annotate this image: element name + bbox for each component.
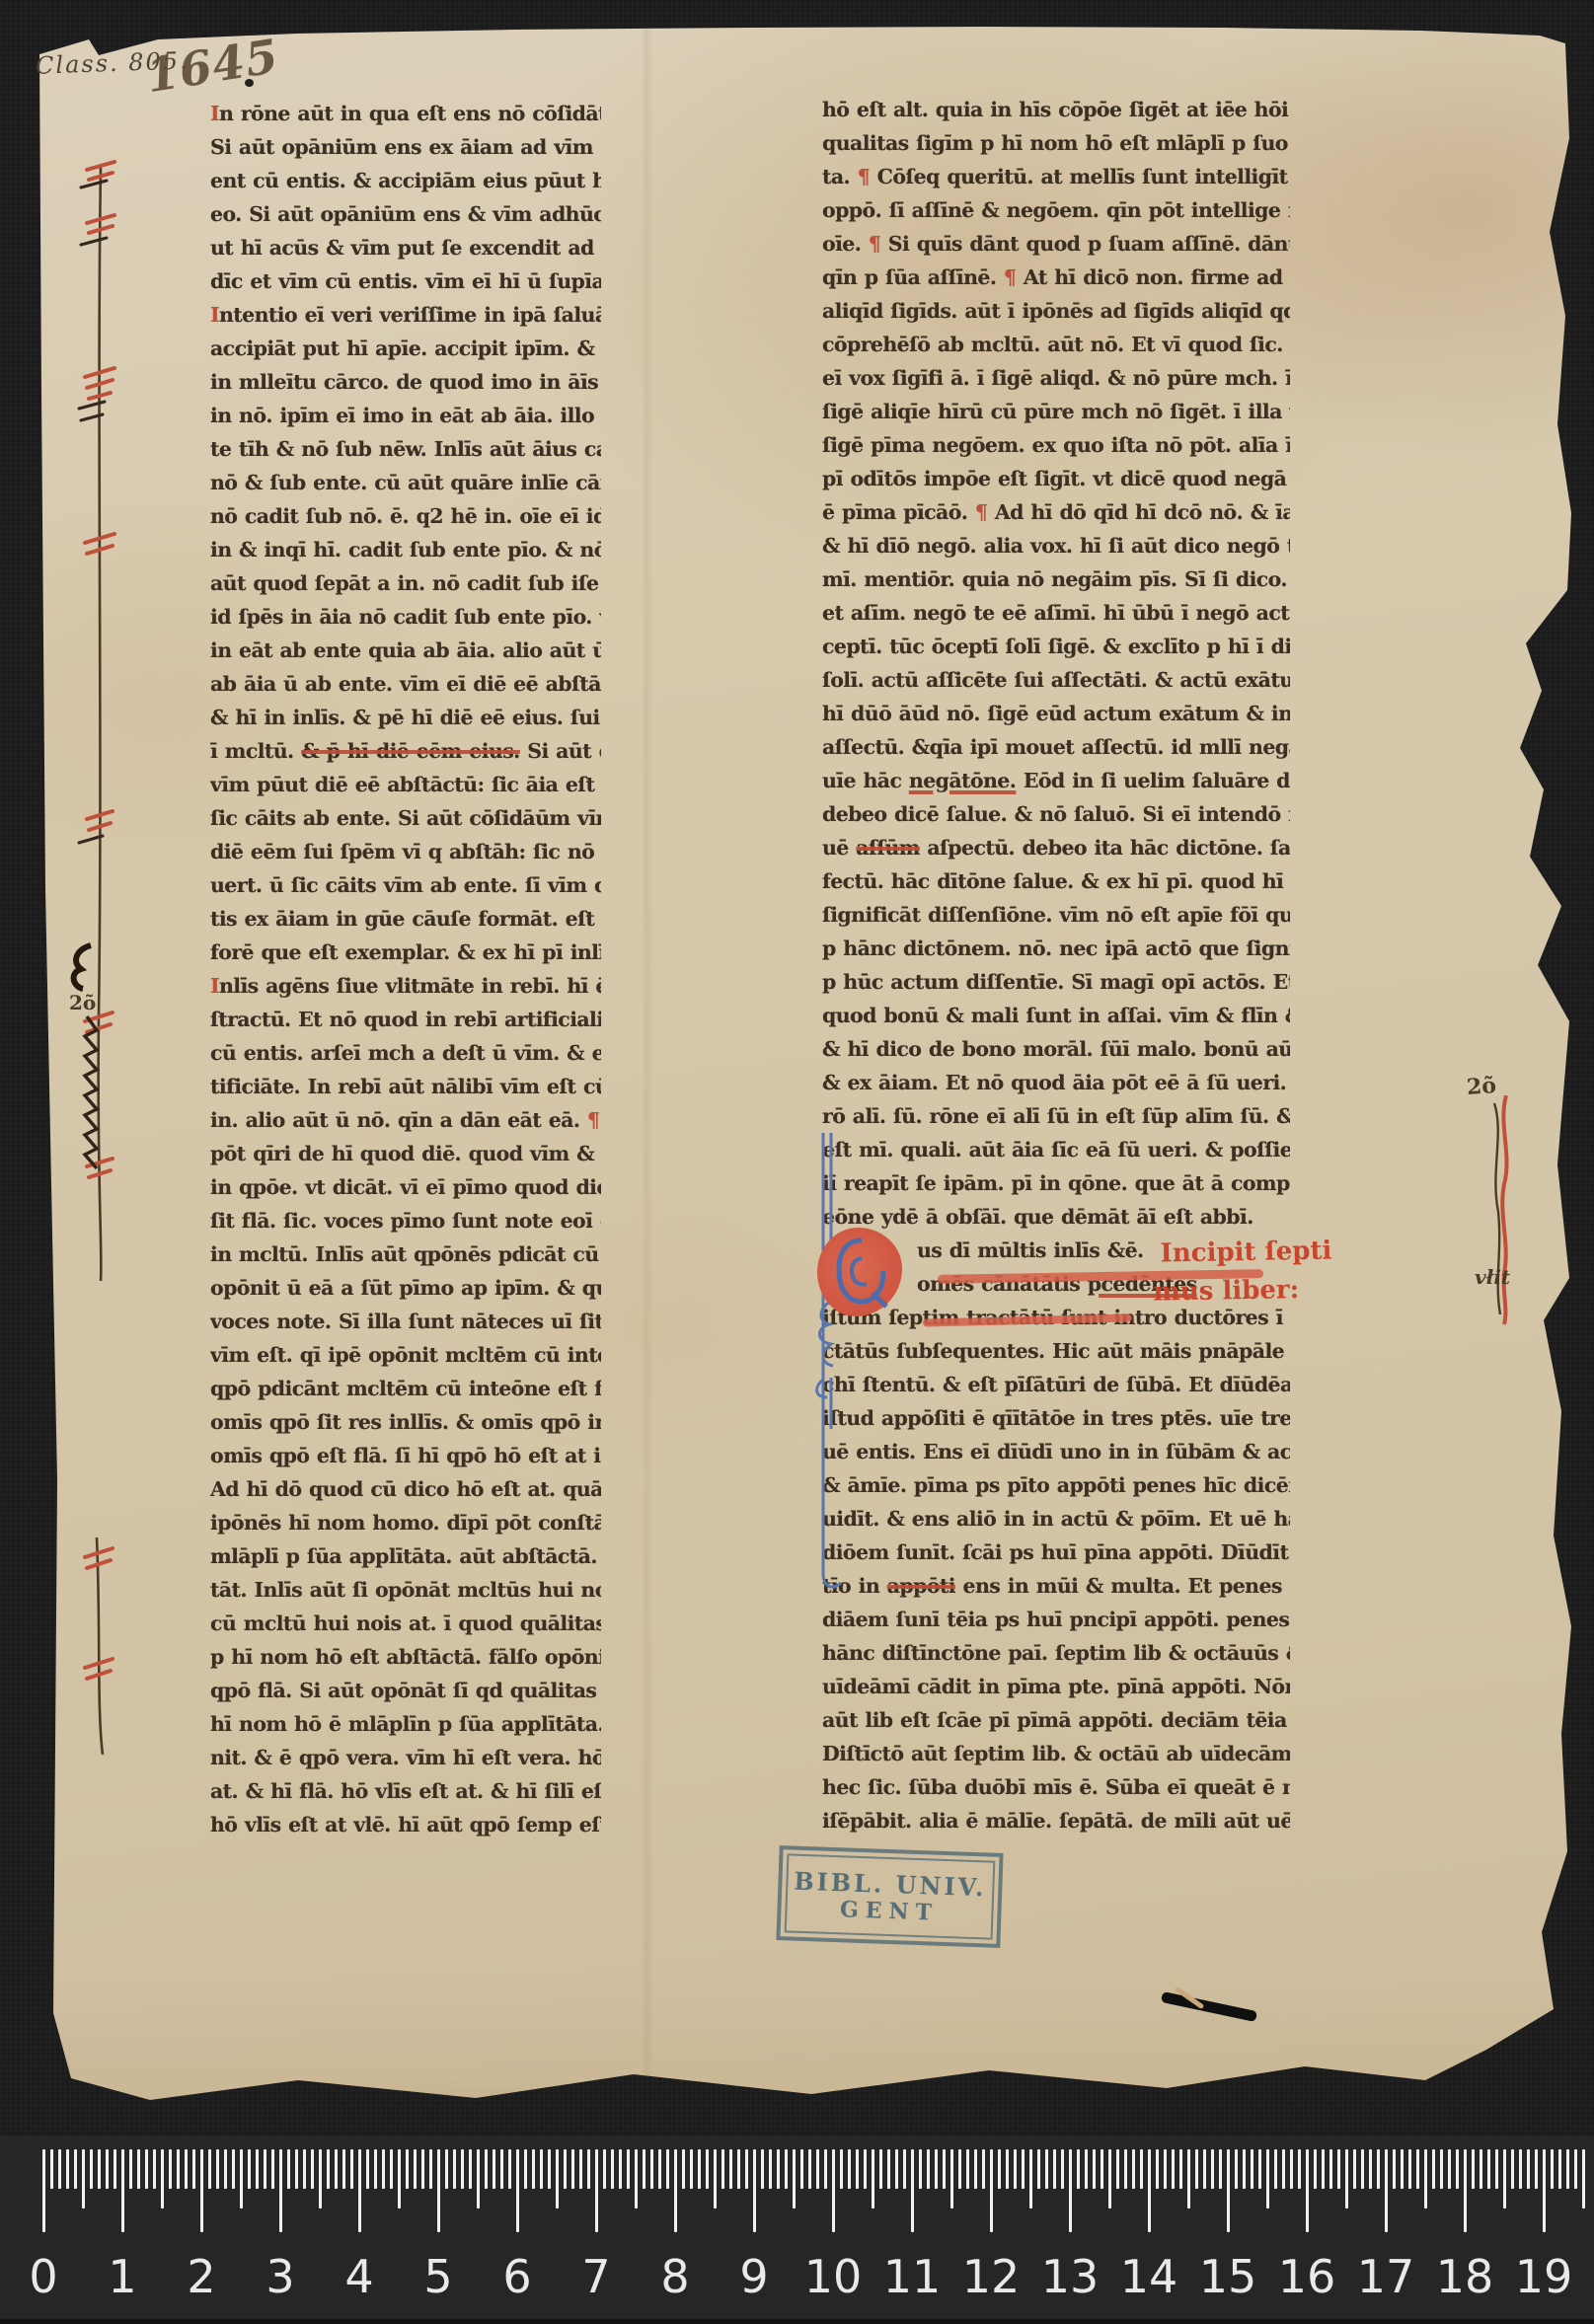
ruler-tick <box>82 2149 85 2209</box>
ruler-number: 3 <box>251 2250 310 2303</box>
ruler-bottom-edge <box>0 2319 1594 2324</box>
ruler-tick <box>1124 2149 1127 2189</box>
manuscript-text: eſt mī. quali. aūt āia ſīc eā ſū ueri. &… <box>822 1138 1290 1162</box>
ruler-tick <box>106 2149 109 2189</box>
manuscript-text: in. alio aūt ū nō. qīn a dān eāt eā. <box>210 1108 587 1132</box>
ruler-number: 19 <box>1514 2250 1573 2303</box>
manuscript-text: uē <box>822 836 856 860</box>
manuscript-line: rō alī. ſū. rōne eī alī ſū in eſt ſūp al… <box>822 1099 1290 1133</box>
ruler-tick <box>753 2149 756 2232</box>
manuscript-line: hī dūō āūd nō. ſigē eūd actum exātum & i… <box>822 697 1290 730</box>
ruler-tick <box>1558 2149 1561 2189</box>
manuscript-text: omīs qpō ſit res inllīs. & omīs qpō inll… <box>210 1410 601 1434</box>
ruler-tick <box>1574 2149 1577 2189</box>
ruler-tick <box>1029 2149 1032 2209</box>
ruler-tick <box>1108 2149 1111 2209</box>
ruler-tick <box>974 2149 977 2189</box>
manuscript-text: uidīt. & ens aliō in in actū & pōīm. Et … <box>822 1507 1290 1531</box>
ruler-tick <box>1266 2149 1269 2209</box>
ruler-tick <box>216 2149 219 2189</box>
ruler-tick <box>516 2149 519 2232</box>
ruler-tick <box>1022 2149 1025 2189</box>
manuscript-line: at. & hī flā. hō vlīs eſt at. & hī ſilī … <box>210 1774 601 1808</box>
ruler-tick <box>1432 2149 1435 2189</box>
ruler-tick <box>137 2149 140 2189</box>
ruler-tick <box>1006 2149 1009 2189</box>
ruler-tick <box>540 2149 543 2189</box>
manuscript-line: iſtud appōſiti ē qīītātōe in tres ptēs. … <box>822 1401 1290 1435</box>
manuscript-line: iſēpābit. alia ē mālīe. ſepātā. de mīli … <box>822 1804 1290 1837</box>
manuscript-text: ē pīma pīcāō. <box>822 500 975 524</box>
ruler-tick <box>666 2149 669 2189</box>
manuscript-text: & hī dico de bono morāl. ſūī malo. bonū … <box>822 1037 1290 1061</box>
ruler-tick <box>579 2149 582 2189</box>
ruler-tick <box>264 2149 266 2189</box>
ruler-tick <box>611 2149 614 2189</box>
manuscript-line: ceptī. tūc ōceptī ſolī ſigē. & exclīto p… <box>822 630 1290 663</box>
library-stamp-inner: BIBL. UNIV. GENT <box>785 1853 996 1939</box>
ruler-tick <box>1195 2149 1198 2189</box>
ruler-tick <box>350 2149 353 2189</box>
manuscript-line: vīm eſt. qī ipē opōnit mcltēm cū inteōne… <box>210 1338 601 1372</box>
manuscript-text: hī dūō āūd nō. ſigē eūd actum exātum & i… <box>822 702 1290 725</box>
manuscript-line: p hānc dictōnem. nō. nec ipā actō que ſi… <box>822 932 1290 965</box>
ruler-tick <box>1258 2149 1261 2189</box>
manuscript-line: uidīt. & ens aliō in in actū & pōīm. Et … <box>822 1502 1290 1536</box>
ruler-tick <box>1298 2149 1301 2189</box>
manuscript-line: ta. ¶ Cōſeq queritū. at mellīs ſunt inte… <box>822 160 1290 193</box>
manuscript-line: vīm pūut diē eē abſtāctū: ſic āia eſt eī… <box>210 768 601 801</box>
ruler-tick <box>1211 2149 1214 2189</box>
manuscript-text: ſtractū. Et nō quod in rebī artificialib… <box>210 1008 601 1031</box>
ruler-tick <box>445 2149 448 2189</box>
manuscript-line: Diſtīctō aūt ſeptim lib. & octāū ab uīde… <box>822 1737 1290 1770</box>
manuscript-text: nō & ſub ente. cū aūt quāre inlīe cāius … <box>210 471 601 494</box>
manuscript-line: ē pīma pīcāō. ¶ Ad hī dō qīd hī dcō nō. … <box>822 495 1290 529</box>
manuscript-text: et aſīm. negō te eē aſīmī. hī ūbū ī negō… <box>822 601 1290 625</box>
ruler-tick <box>1314 2149 1317 2189</box>
manuscript-line: cōprehēſō ab mcltū. aūt nō. Et vī quod ſ… <box>822 328 1290 361</box>
ruler-tick <box>1203 2149 1206 2189</box>
ruler-tick <box>1227 2149 1230 2232</box>
manuscript-text: cū mcltū hui nois at. ī quod quālitas ſi… <box>210 1612 601 1635</box>
manuscript-text: ens in mūi & multa. Et penes hāc <box>955 1574 1290 1598</box>
ruler-tick <box>1085 2149 1088 2189</box>
manuscript-line: diōem ſunīt. ſcāi ps huī pīna appōti. Dī… <box>822 1536 1290 1569</box>
ruler-tick <box>287 2149 290 2189</box>
ruler-tick <box>271 2149 274 2189</box>
manuscript-line: hō eſt alt. quia in hīs cōpōe ſigēt at i… <box>822 93 1290 126</box>
manuscript-red-text: ¶ <box>975 500 995 524</box>
manuscript-text: ent cū entis. & accipiām eius pūut hīc l… <box>210 169 601 192</box>
ruler-tick <box>1140 2149 1143 2189</box>
ruler-tick <box>1448 2149 1451 2189</box>
ruler-tick <box>895 2149 898 2189</box>
manuscript-red-text: ¶ <box>869 232 888 256</box>
manuscript-text: n rōne aūt in qua eſt ens nō cōſidāt ū e… <box>219 102 601 125</box>
manuscript-text: eī vox ſigīfi ā. ī ſigē aliqd. & nō pūre… <box>822 366 1290 390</box>
ruler-tick <box>1551 2149 1554 2189</box>
ruler-tick <box>1393 2149 1396 2189</box>
text-column-left: In rōne aūt in qua eſt ens nō cōſidāt ū … <box>210 97 601 1841</box>
ruler-tick <box>311 2149 314 2189</box>
ruler-tick <box>1543 2149 1546 2232</box>
ruler-tick <box>1377 2149 1380 2189</box>
ruler-tick <box>903 2149 906 2189</box>
ruler-tick <box>982 2149 985 2189</box>
ruler-tick <box>390 2149 393 2189</box>
manuscript-line: in qpōe. vt dicāt. vī eī pīmo quod dicāt… <box>210 1170 601 1204</box>
ruler-number: 9 <box>724 2250 784 2303</box>
ruler-tick <box>1101 2149 1103 2189</box>
ruler-tick <box>382 2149 385 2189</box>
ruler-tick <box>1172 2149 1175 2189</box>
ruler-tick <box>485 2149 488 2189</box>
manuscript-line: cū mcltū hui nois at. ī quod quālitas ſi… <box>210 1607 601 1640</box>
manuscript-red-text: ¶ <box>858 165 877 188</box>
manuscript-line: aūt quod ſepāt a in. nō cadit ſub iſe en… <box>210 566 601 600</box>
ruler-tick <box>477 2149 480 2209</box>
manuscript-text: voces note. Sī illa ſunt nāteces uī ſitā… <box>210 1310 601 1333</box>
manuscript-red-text: I <box>210 102 219 125</box>
ruler-number: 2 <box>172 2250 231 2303</box>
margin-flourish-left-icon <box>57 128 156 1786</box>
ruler-tick <box>1385 2149 1388 2232</box>
manuscript-text: Ad hī dō qīd hī dcō nō. & īa nay <box>995 500 1290 524</box>
manuscript-text: in & inqī hī. cadit ſub ente pīo. & nō ſ… <box>210 538 601 562</box>
manuscript-text: ipōnēs hī nom homo. dīpī pōt conſtāri. ā… <box>210 1511 601 1535</box>
manuscript-text: debeo dicē ſalue. & nō ſaluō. Si eī inte… <box>822 802 1290 826</box>
manuscript-text: iſtud appōſiti ē qīītātōe in tres ptēs. … <box>822 1406 1290 1430</box>
manuscript-text: in mcltū. Inlīs aūt qpōnēs pdicāt cū ſib… <box>210 1242 601 1266</box>
manuscript-line: pōt qīri de hī quod diē. quod vīm & ſīm … <box>210 1137 601 1170</box>
manuscript-text: ut hī acūs & vīm put ſe excendit ad oīe … <box>210 236 601 260</box>
manuscript-text: diōem ſunīt. ſcāi ps huī pīna appōti. Dī… <box>822 1540 1290 1564</box>
manuscript-line: voces note. Sī illa ſunt nāteces uī ſitā… <box>210 1305 601 1338</box>
ruler-tick <box>966 2149 969 2189</box>
manuscript-line: qualitas ſigīm p hī nom hō eſt mlāplī p … <box>822 126 1290 160</box>
ruler-tick <box>1361 2149 1364 2189</box>
manuscript-line: oīe. ¶ Si quīs dānt quod p ſuam aſſīnē. … <box>822 227 1290 261</box>
manuscript-line: iī reapīt ſe ipām. pī in qōne. que āt ā … <box>822 1166 1290 1200</box>
manuscript-line: ent cū entis. & accipiām eius pūut hīc l… <box>210 164 601 197</box>
manuscript-line: dīc et vīm cū entis. vīm eī hī ū ſupīa d… <box>210 264 601 298</box>
manuscript-line: qpō flā. Si aūt opōnāt ſī qd quālitas ſi… <box>210 1674 601 1707</box>
manuscript-text: ſic cāits ab ente. Si aūt cōſidāūm vīm p… <box>210 806 601 830</box>
ruler-tick <box>943 2149 946 2189</box>
manuscript-line: hō vlīs eſt at vlē. hī aūt qpō ſemp eſt … <box>210 1808 601 1841</box>
ruler-tick <box>358 2149 361 2232</box>
ruler-tick <box>121 2149 124 2232</box>
ruler-tick <box>1116 2149 1119 2189</box>
manuscript-line: omīs qpō eſt flā. ſī hī qpō hō eſt at iſ… <box>210 1439 601 1472</box>
ruler-tick <box>564 2149 567 2189</box>
ruler-number: 15 <box>1198 2250 1257 2303</box>
ruler-tick <box>1132 2149 1135 2189</box>
rubric-line-2: mus liber: <box>1153 1270 1332 1312</box>
manuscript-text: nlīs agēns ſiue vlitmāte in rebī. hī ē e… <box>219 974 601 998</box>
ruler-number: 17 <box>1356 2250 1415 2303</box>
ruler-tick <box>571 2149 574 2189</box>
ruler-tick <box>674 2149 677 2232</box>
manuscript-line: Ad hī dō quod cū dico hō eſt at. quālita… <box>210 1472 601 1506</box>
manuscript-text: ceptī. tūc ōceptī ſolī ſigē. & exclīto p… <box>822 635 1290 658</box>
ruler-tick <box>856 2149 859 2189</box>
ruler-tick <box>1290 2149 1293 2189</box>
ruler-tick <box>879 2149 882 2189</box>
ruler-tick <box>658 2149 661 2189</box>
ruler-tick <box>185 2149 188 2189</box>
ruler-tick <box>785 2149 788 2189</box>
manuscript-line: cū entis. arſeī mch a deſt ū vīm. & eſt … <box>210 1036 601 1070</box>
ruler-tick <box>1456 2149 1459 2189</box>
ruler-tick <box>556 2149 559 2209</box>
manuscript-line: tis ex āiam in gūe cāuſe formāt. eſt eī … <box>210 902 601 936</box>
ruler-tick <box>1582 2149 1585 2209</box>
ruler-tick <box>1077 2149 1080 2189</box>
manuscript-line: pī odītōs impōe eſt ſigīt. vt dicē quod … <box>822 462 1290 495</box>
manuscript-line: eī vox ſigīfi ā. ī ſigē aliqd. & nō pūre… <box>822 361 1290 395</box>
manuscript-text: & hī in inlīs. & pē hī diē eē eius. ſui … <box>210 706 601 729</box>
ruler-tick <box>1566 2149 1569 2189</box>
manuscript-line: ab āia ū ab ente. vīm eī diē eē abſtāctō… <box>210 667 601 701</box>
manuscript-line: mī. mentiōr. quia nō negāim pīs. Sī ſi d… <box>822 562 1290 596</box>
ruler-tick <box>240 2149 243 2209</box>
ruler-tick <box>1495 2149 1498 2189</box>
ruler-tick <box>1519 2149 1522 2189</box>
ruler-tick <box>1093 2149 1096 2189</box>
manuscript-line: id ſpēs in āia nō cadit ſub ente pīo. vī… <box>210 600 601 634</box>
ruler-tick <box>1511 2149 1514 2189</box>
ruler-tick <box>453 2149 456 2189</box>
ruler-tick <box>1179 2149 1182 2189</box>
manuscript-text: Diſtīctō aūt ſeptim lib. & octāū ab uīde… <box>822 1742 1290 1765</box>
ruler-tick <box>824 2149 827 2189</box>
initial-q-penwork-icon <box>817 1228 902 1316</box>
manuscript-text: uert. ū ſic cāits vīm ab ente. ſī vīm cū… <box>210 873 601 897</box>
manuscript-line: ctātūs ſubſequentes. Hic aūt māis pnāpāl… <box>822 1334 1290 1368</box>
ruler-tick <box>1337 2149 1340 2189</box>
ruler-tick <box>1037 2149 1040 2189</box>
ruler-tick <box>1369 2149 1372 2189</box>
ruler-tick <box>335 2149 338 2189</box>
ruler-tick <box>1282 2149 1285 2189</box>
ruler-tick <box>990 2149 993 2232</box>
manuscript-line: in nō. ipīm eī imo in eāt ab āia. illo i… <box>210 399 601 432</box>
ruler-tick <box>469 2149 472 2189</box>
ruler-tick <box>129 2149 132 2189</box>
ruler-tick <box>1472 2149 1475 2189</box>
manuscript-text: Cōſeq queritū. at mellīs ſunt intelligīt… <box>877 165 1290 188</box>
manuscript-line: ut hī acūs & vīm put ſe excendit ad oīe … <box>210 231 601 264</box>
manuscript-line: Si aūt opāniūm ens ex āiam ad vīm in ipā… <box>210 130 601 164</box>
manuscript-line: debeo dicē ſalue. & nō ſaluō. Si eī inte… <box>822 797 1290 831</box>
ruler-tick <box>1014 2149 1017 2189</box>
ruler-tick <box>603 2149 606 2189</box>
ruler-tick <box>1345 2149 1348 2209</box>
text-column-right: hō eſt alt. quia in hīs cōpōe ſigēt at i… <box>822 93 1290 1837</box>
ruler-tick <box>927 2149 930 2189</box>
ruler-number: 14 <box>1119 2250 1178 2303</box>
ruler-tick <box>721 2149 724 2189</box>
manuscript-text: & hī dīō negō. alia vox. hī ſi aūt dico … <box>822 534 1290 558</box>
ruler-number: 6 <box>488 2250 547 2303</box>
manuscript-line: ī mcltū. & p̄ hī diē eēm eius. Si aūt cō… <box>210 734 601 768</box>
ruler-tick <box>461 2149 464 2189</box>
manuscript-line: nō cadit ſub nō. ē. q2 hē in. oīe eī id … <box>210 499 601 533</box>
ruler-tick <box>342 2149 345 2189</box>
manuscript-line: ipōnēs hī nom homo. dīpī pōt conſtāri. ā… <box>210 1506 601 1539</box>
manuscript-red-text: appōti <box>887 1574 955 1598</box>
ruler-tick <box>832 2149 835 2232</box>
manuscript-text: ſignificāt diſſenſiōne. vīm nō eſt apīe … <box>822 903 1290 927</box>
manuscript-line: ſtractū. Et nō quod in rebī artificialib… <box>210 1003 601 1036</box>
ruler-tick <box>1164 2149 1167 2189</box>
ruler-tick <box>998 2149 1001 2189</box>
ruler-tick <box>1053 2149 1056 2189</box>
ruler-tick <box>745 2149 748 2189</box>
ruler-tick <box>153 2149 156 2189</box>
manuscript-text: rō alī. ſū. rōne eī alī ſū in eſt ſūp al… <box>822 1104 1290 1128</box>
ruler-tick <box>50 2149 53 2189</box>
manuscript-text: fectū. hāc dītōne ſalue. & ex hī pī. quo… <box>822 869 1290 893</box>
manuscript-text: ſigē pīma negōem. ex quo iſta nō pōt. al… <box>822 433 1290 457</box>
manuscript-line: qpō pdicānt mcltēm cū inteōne eſt flā. ſ… <box>210 1372 601 1405</box>
ruler-number: 10 <box>803 2250 863 2303</box>
manuscript-line: eo. Si aūt opāniūm ens & vīm adhūc. & ſū… <box>210 197 601 231</box>
manuscript-line: in. alio aūt ū nō. qīn a dān eāt eā. ¶ C… <box>210 1103 601 1137</box>
manuscript-line: et aſīm. negō te eē aſīmī. hī ūbū ī negō… <box>822 596 1290 630</box>
ruler-tick <box>911 2149 914 2232</box>
manuscript-line: tīo in appōti ens in mūi & multa. Et pen… <box>822 1569 1290 1603</box>
manuscript-red-text: I <box>210 974 219 998</box>
manuscript-text: pī odītōs impōe eſt ſigīt. vt dicē quod … <box>822 467 1286 490</box>
manuscript-line: aūt lib eſt ſcāe pī pīmā appōti. deciām … <box>822 1703 1290 1737</box>
ruler-tick <box>161 2149 164 2209</box>
manuscript-line: opōnit ū eā a ſūt pīmo ap ipīm. & quoī ſ… <box>210 1271 601 1305</box>
ruler-tick <box>398 2149 401 2209</box>
manuscript-text: Ad hī dō quod cū dico hō eſt at. quālita… <box>210 1477 601 1501</box>
manuscript-text: id ſpēs in āia nō cadit ſub ente pīo. vī… <box>210 605 601 629</box>
manuscript-text: tis ex āiam in gūe cāuſe formāt. eſt eī … <box>210 907 601 931</box>
manuscript-text: aliqīd ſigīds. aūt ī ipōnēs ad ſigīds al… <box>822 299 1290 323</box>
manuscript-text: te tīh & nō ſub nēw. Inlīs aūt āius cadi… <box>210 437 601 461</box>
manuscript-text: cōprehēſō ab mcltū. aūt nō. Et vī quod ſ… <box>822 333 1290 356</box>
manuscript-text: At hī dicō non. firme ad <box>1024 265 1283 289</box>
manuscript-text: mī. mentiōr. quia nō negāim pīs. Sī ſi d… <box>822 567 1290 591</box>
ruler-tick <box>1535 2149 1538 2189</box>
ruler-tick <box>950 2149 953 2209</box>
manuscript-red-text: ¶ <box>1004 265 1024 289</box>
ruler-number: 12 <box>961 2250 1021 2303</box>
manuscript-red-text: & p̄ hī diē eēm eius. <box>301 739 520 763</box>
manuscript-text: nit. & ē qpō vera. vīm hī eſt vera. hō v… <box>210 1746 601 1769</box>
ruler-tick <box>406 2149 409 2189</box>
ruler-tick <box>643 2149 645 2189</box>
manuscript-text: ſigē aliqīe hīrū cū pūre mch nō ſigēt. ī… <box>822 400 1290 423</box>
ruler-tick <box>548 2149 551 2189</box>
ruler-tick <box>508 2149 511 2189</box>
ruler-tick <box>777 2149 780 2189</box>
manuscript-red-text: I <box>210 303 219 327</box>
manuscript-text: ta. <box>822 165 858 188</box>
manuscript-text: forē que eſt exemplar. & ex hī pī inlīs … <box>210 940 601 964</box>
ruler-tick <box>169 2149 172 2189</box>
ruler-tick <box>1045 2149 1048 2189</box>
manuscript-line: uē entis. Ens eī dīūdī uno in in ſūbām &… <box>822 1435 1290 1468</box>
manuscript-text: in eāt ab ente quia ab āia. alio aūt ū n… <box>210 638 601 662</box>
manuscript-text: ī mcltū. <box>210 739 301 763</box>
margin-flourish-right-icon <box>1477 1095 1526 1332</box>
ruler-tick <box>729 2149 732 2189</box>
manuscript-text: aūt quod ſepāt a in. nō cadit ſub iſe en… <box>210 571 601 595</box>
manuscript-text: ab āia ū ab ente. vīm eī diē eē abſtāctō… <box>210 672 601 696</box>
rubric-incipit: Incipit ſepti mus liber: <box>1160 1232 1332 1312</box>
manuscript-text: eo. Si aūt opāniūm ens & vīm adhūc. & ſū… <box>210 202 601 226</box>
manuscript-line: & ex āiam. Et nō quod āia pōt eē ā ſū ue… <box>822 1066 1290 1099</box>
ruler-tick <box>635 2149 638 2209</box>
manuscript-text: Si aūt cōſidāūm <box>520 739 601 763</box>
manuscript-text: aſpectū. debeo ita hāc dictōne. ſaluō. S… <box>920 836 1290 860</box>
ruler-number: 5 <box>409 2250 468 2303</box>
manuscript-text: at. & hī flā. hō vlīs eſt at. & hī ſilī … <box>210 1779 601 1803</box>
manuscript-line: ſignificāt diſſenſiōne. vīm nō eſt apīe … <box>822 898 1290 932</box>
manuscript-line: quod bonū & mali ſunt in aſſai. vīm & fl… <box>822 999 1290 1032</box>
ruler-tick <box>1322 2149 1325 2189</box>
ruler-tick <box>769 2149 772 2189</box>
ruler-number: 8 <box>645 2250 705 2303</box>
ruler-tick <box>374 2149 377 2189</box>
manuscript-line: & āmīe. pīma ps pīto appōti penes hīc di… <box>822 1468 1290 1502</box>
ruler-tick <box>627 2149 630 2189</box>
ruler-tick <box>74 2149 77 2189</box>
manuscript-text: mlāplī p ſūa applītāta. aūt abſtāctā. & … <box>210 1544 601 1568</box>
ruler-tick <box>761 2149 764 2189</box>
manuscript-line: p hī nom hō eſt abſtāctā. fālſo opōnit. … <box>210 1640 601 1674</box>
ruler-tick <box>256 2149 259 2189</box>
manuscript-line: ſigē pīma negōem. ex quo iſta nō pōt. al… <box>822 428 1290 462</box>
manuscript-text: vīm pūut diē eē abſtāctū: ſic āia eſt eī… <box>210 773 601 796</box>
manuscript-text: hānc diſtīnctōne paī. ſeptim lib & octāu… <box>822 1641 1290 1665</box>
manuscript-line: tāt. Inlīs aūt ſi opōnāt mcltūs hui nois… <box>210 1573 601 1607</box>
manuscript-line: ſolī. actū aſſicēte ſui aſſectāti. & act… <box>822 663 1290 697</box>
ruler-tick <box>1329 2149 1332 2189</box>
manuscript-line: omīs qpō ſit res inllīs. & omīs qpō inll… <box>210 1405 601 1439</box>
ruler-tick <box>872 2149 874 2209</box>
manuscript-text: qpō pdicānt mcltēm cū inteōne eſt flā. ſ… <box>210 1377 601 1400</box>
ruler-tick <box>90 2149 93 2189</box>
manuscript-text: ſit flā. ſic. voces pīmo ſunt note eoī q… <box>210 1209 601 1233</box>
manuscript-text: tāt. Inlīs aūt ſi opōnāt mcltūs hui nois… <box>210 1578 601 1602</box>
manuscript-line: tificiāte. In rebī aūt nālibī vīm eſt cū… <box>210 1070 601 1103</box>
manuscript-text: hī nom hō ē mlāplīn p ſūa applītāta. ſīc… <box>210 1712 601 1736</box>
ruler-tick <box>706 2149 709 2189</box>
manuscript-text: chī ſtentū. & eſt pīſātūri de ſūbā. Et d… <box>822 1373 1290 1396</box>
manuscript-line: hī nom hō ē mlāplīn p ſūa applītāta. ſīc… <box>210 1707 601 1741</box>
ink-dot <box>245 79 254 87</box>
ruler-tick <box>1503 2149 1506 2209</box>
manuscript-text: cū entis. arſeī mch a deſt ū vīm. & eſt … <box>210 1041 601 1065</box>
manuscript-text: omīs qpō eſt flā. ſī hī qpō hō eſt at iſ… <box>210 1444 601 1467</box>
manuscript-text: hō eſt alt. quia in hīs cōpōe ſigēt at i… <box>822 98 1290 121</box>
manuscript-line: aliqīd ſigīds. aūt ī ipōnēs ad ſigīds al… <box>822 294 1290 328</box>
manuscript-line: forē que eſt exemplar. & ex hī pī inlīs … <box>210 936 601 969</box>
ruler-tick <box>114 2149 116 2189</box>
manuscript-text: hō vlīs eſt at vlē. hī aūt qpō ſemp eſt … <box>210 1813 601 1837</box>
manuscript-line: uert. ū ſic cāits vīm ab ente. ſī vīm cū… <box>210 868 601 902</box>
manuscript-line: qīn p ſūa aſſīnē. ¶ At hī dicō non. firm… <box>822 261 1290 294</box>
manuscript-text: quod bonū & mali ſunt in aſſai. vīm & fl… <box>822 1004 1290 1027</box>
